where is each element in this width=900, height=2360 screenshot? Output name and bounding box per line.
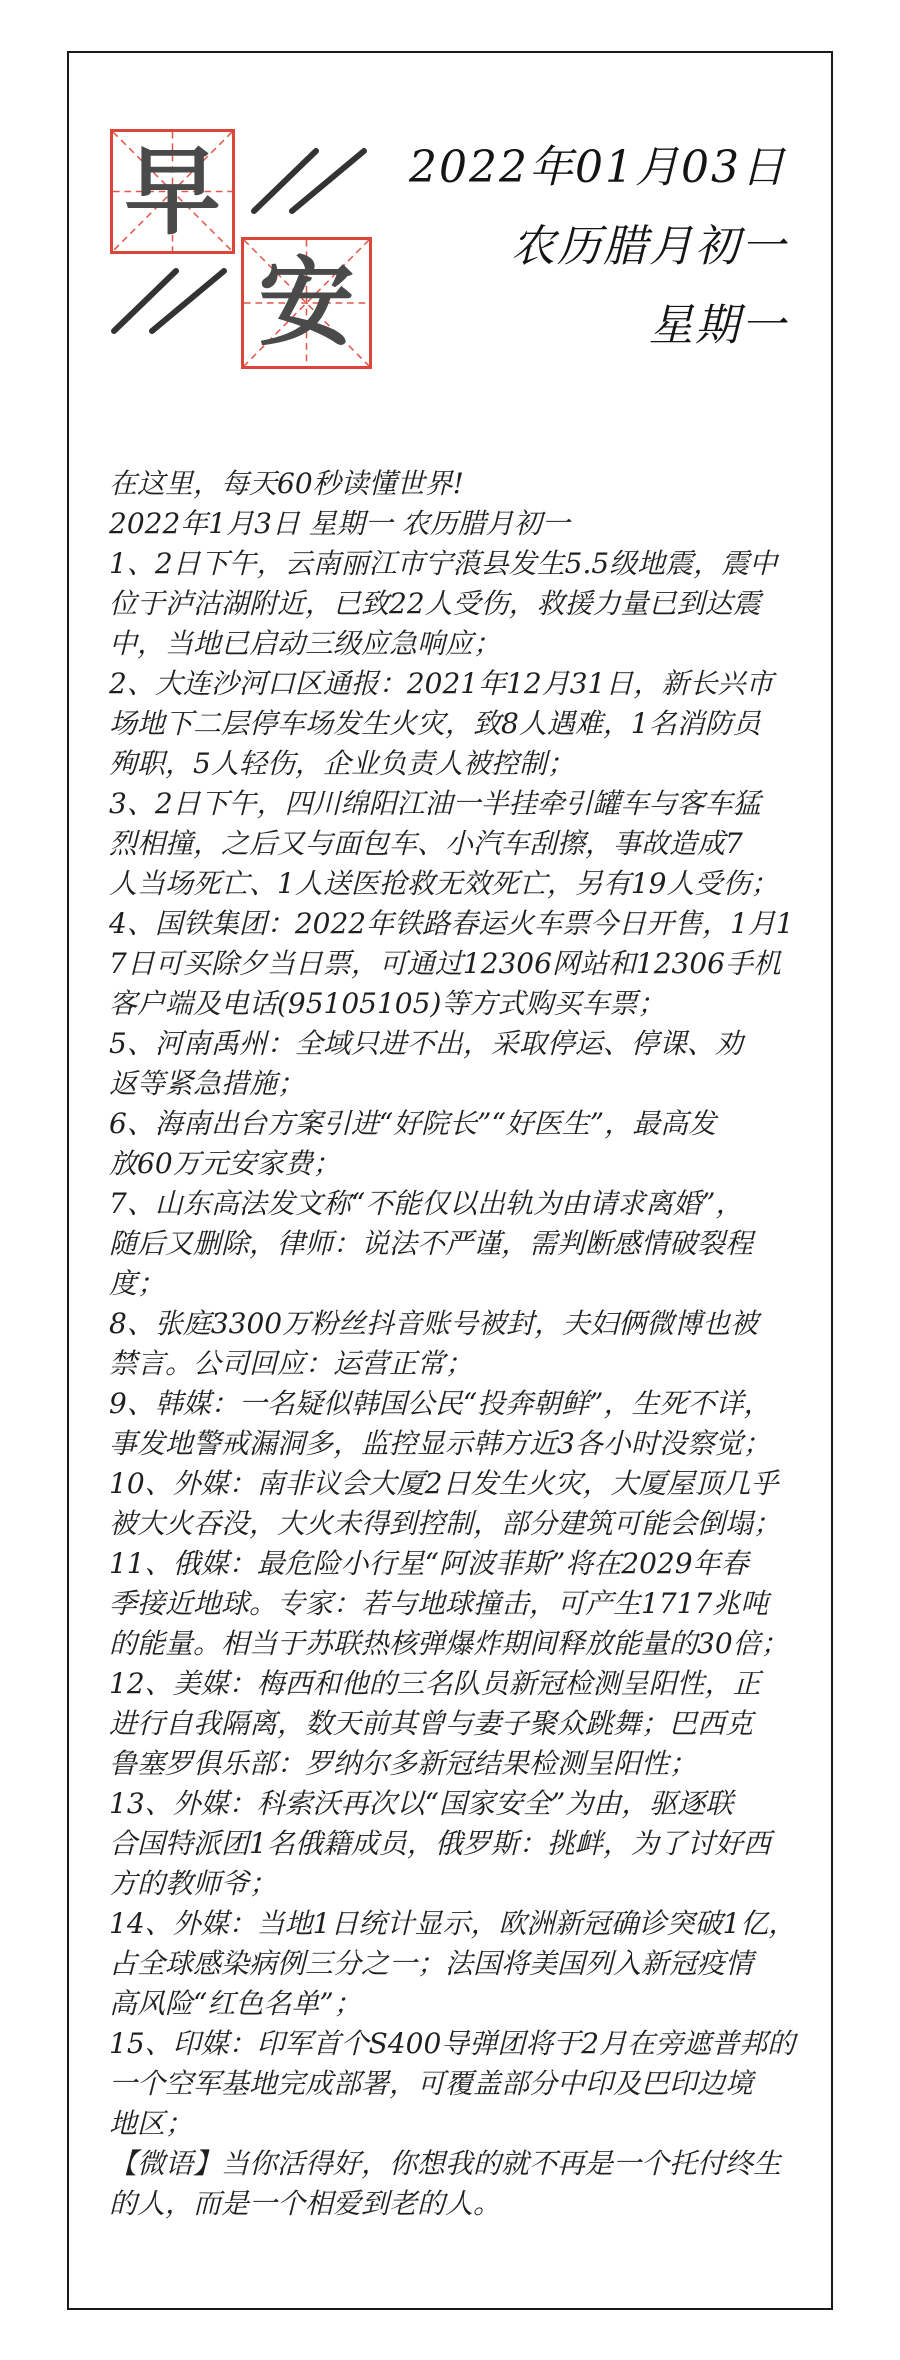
body-text-line: 返等紧急措施；	[109, 1064, 839, 1104]
body-text-line: 9、韩媒：一名疑似韩国公民“投奔朝鲜”，生死不详，	[109, 1384, 839, 1424]
body-text-line: 的人，而是一个相爱到老的人。	[109, 2184, 839, 2224]
page-border-frame: 早 安 2022年0	[67, 51, 833, 2310]
body-text-line: 在这里，每天60秒读懂世界!	[109, 464, 839, 504]
body-text-line: 7日可买除夕当日票，可通过12306网站和12306手机	[109, 944, 839, 984]
body-text-line: 方的教师爷；	[109, 1864, 839, 1904]
body-text-line: 人当场死亡、1人送医抢救无效死亡，另有19人受伤；	[109, 864, 839, 904]
body-text-line: 【微语】当你活得好，你想我的就不再是一个托付终生	[109, 2144, 839, 2184]
body-text-line: 11、俄媒：最危险小行星“阿波菲斯”将在2029年春	[109, 1544, 839, 1584]
morning-news-card: 早 安 2022年0	[0, 0, 900, 2360]
body-text-line: 15、印媒：印军首个S400导弹团将于2月在旁遮普邦的	[109, 2024, 839, 2064]
body-text-line: 13、外媒：科索沃再次以“国家安全”为由，驱逐联	[109, 1784, 839, 1824]
body-text-line: 地区；	[109, 2104, 839, 2144]
body-text-line: 一个空军基地完成部署，可覆盖部分中印及巴印边境	[109, 2064, 839, 2104]
body-text-line: 合国特派团1名俄籍成员，俄罗斯：挑衅，为了讨好西	[109, 1824, 839, 1864]
body-text-line: 客户端及电话(95105105)等方式购买车票；	[109, 984, 839, 1024]
news-body: 在这里，每天60秒读懂世界!2022年1月3日 星期一 农历腊月初一1、2日下午…	[109, 464, 839, 2224]
body-text-line: 季接近地球。专家：若与地球撞击，可产生1717兆吨	[109, 1584, 839, 1624]
body-text-line: 位于泸沽湖附近，已致22人受伤，救援力量已到达震	[109, 584, 839, 624]
body-text-line: 烈相撞，之后又与面包车、小汽车刮擦，事故造成7	[109, 824, 839, 864]
zao-character-box: 早	[110, 129, 235, 254]
body-text-line: 殉职，5人轻伤，企业负责人被控制；	[109, 744, 839, 784]
body-text-line: 6、海南出台方案引进“好院长”“好医生”，最高发	[109, 1104, 839, 1144]
body-text-line: 占全球感染病例三分之一；法国将美国列入新冠疫情	[109, 1944, 839, 1984]
body-text-line: 2022年1月3日 星期一 农历腊月初一	[109, 504, 839, 544]
body-text-line: 被大火吞没，大火未得到控制，部分建筑可能会倒塌；	[109, 1504, 839, 1544]
body-text-line: 的能量。相当于苏联热核弹爆炸期间释放能量的30倍；	[109, 1624, 839, 1664]
an-character: 安	[259, 255, 355, 351]
double-slash-icon	[250, 145, 370, 217]
body-text-line: 5、河南禹州：全域只进不出，采取停运、停课、劝	[109, 1024, 839, 1064]
body-text-line: 进行自我隔离，数天前其曾与妻子聚众跳舞；巴西克	[109, 1704, 839, 1744]
body-text-line: 度；	[109, 1264, 839, 1304]
body-text-line: 禁言。公司回应：运营正常；	[109, 1344, 839, 1384]
an-character-box: 安	[241, 237, 372, 369]
body-text-line: 8、张庭3300万粉丝抖音账号被封，夫妇俩微博也被	[109, 1304, 839, 1344]
body-text-line: 场地下二层停车场发生火灾，致8人遇难，1名消防员	[109, 704, 839, 744]
body-text-line: 2、大连沙河口区通报：2021年12月31日，新长兴市	[109, 664, 839, 704]
double-slash-icon	[110, 265, 230, 337]
body-text-line: 高风险“红色名单”；	[109, 1984, 839, 2024]
date-block: 2022年01月03日 农历腊月初一 星期一	[409, 128, 787, 365]
date-gregorian: 2022年01月03日	[409, 128, 787, 207]
date-weekday: 星期一	[409, 286, 787, 365]
date-lunar: 农历腊月初一	[409, 207, 787, 286]
zao-character: 早	[125, 144, 221, 240]
body-text-line: 3、2日下午，四川绵阳江油一半挂牵引罐车与客车猛	[109, 784, 839, 824]
body-text-line: 鲁塞罗俱乐部：罗纳尔多新冠结果检测呈阳性；	[109, 1744, 839, 1784]
body-text-line: 4、国铁集团：2022年铁路春运火车票今日开售，1月1	[109, 904, 839, 944]
body-text-line: 10、外媒：南非议会大厦2日发生火灾，大厦屋顶几乎	[109, 1464, 839, 1504]
body-text-line: 1、2日下午，云南丽江市宁蒗县发生5.5级地震，震中	[109, 544, 839, 584]
body-text-line: 7、山东高法发文称“不能仅以出轨为由请求离婚”，	[109, 1184, 839, 1224]
body-text-line: 14、外媒：当地1日统计显示，欧洲新冠确诊突破1亿，	[109, 1904, 839, 1944]
body-text-line: 中，当地已启动三级应急响应；	[109, 624, 839, 664]
body-text-line: 随后又删除，律师：说法不严谨，需判断感情破裂程	[109, 1224, 839, 1264]
body-text-line: 放60万元安家费；	[109, 1144, 839, 1184]
body-text-line: 事发地警戒漏洞多，监控显示韩方近3各小时没察觉；	[109, 1424, 839, 1464]
body-text-line: 12、美媒：梅西和他的三名队员新冠检测呈阳性，正	[109, 1664, 839, 1704]
